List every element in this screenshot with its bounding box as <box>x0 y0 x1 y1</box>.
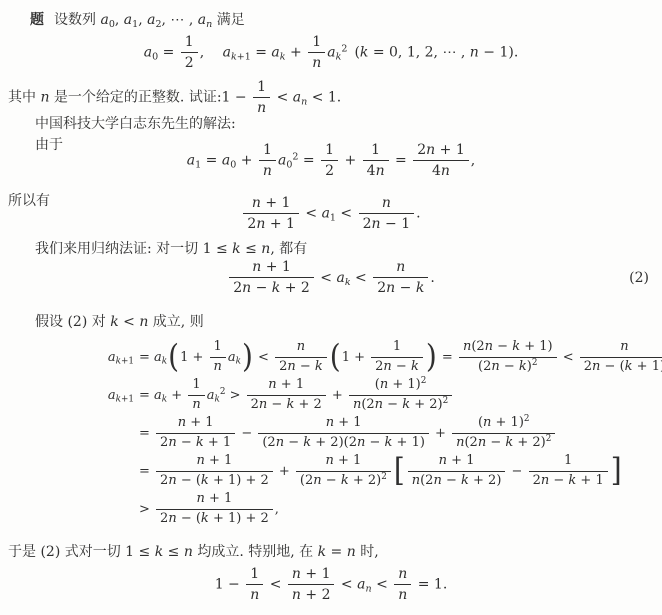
problem-statement: 设数列 a0, a1, a2, ⋯ , an 满足 <box>54 12 245 28</box>
equation-final: 1 − 1n < n + 1n + 2 < an < nn = 1. <box>0 566 662 603</box>
derivation-lhs: ak+1 <box>96 350 134 365</box>
line-solver: 中国科技大学白志东先生的解法: <box>35 113 236 133</box>
derivation-row: ak+1 = ak + 1nak2 > n + 12n − k + 2 + (n… <box>96 377 662 413</box>
math-document-page: 题设数列 a0, a1, a2, ⋯ , an 满足 a0 = 12, ak+1… <box>0 0 662 615</box>
derivation-row: = n + 12n − (k + 1) + 2 + n + 1(2n − k +… <box>96 453 662 489</box>
derivation-rhs: = ak(1 + 1nak) < n2n − k(1 + 12n − k) = … <box>139 340 662 375</box>
equation-definition: a0 = 12, ak+1 = ak + 1nak2 (k = 0, 1, 2,… <box>0 34 662 71</box>
line-assume: 假设 (2) 对 k < n 成立, 则 <box>35 311 204 331</box>
derivation-lhs: ak+1 <box>96 388 134 403</box>
derivation-rhs: = ak + 1nak2 > n + 12n − k + 2 + (n + 1)… <box>139 378 454 413</box>
derivation-rhs: = n + 12n − k + 1 − n + 1(2n − k + 2)(2n… <box>139 416 557 451</box>
derivation-row: ak+1 = ak(1 + 1nak) < n2n − k(1 + 12n − … <box>96 339 662 375</box>
line-conclude: 于是 (2) 式对一切 1 ≤ k ≤ n 均成立. 特别地, 在 k = n … <box>8 541 379 561</box>
equation-induction-wrap: n + 12n − k + 2 < ak < n2n − k. (2) <box>0 259 662 296</box>
equation-a1: a1 = a0 + 1na02 = 12 + 14n = 2n + 14n, <box>0 142 662 179</box>
line-induction: 我们来用归纳法证: 对一切 1 ≤ k ≤ n, 都有 <box>35 238 307 258</box>
induction-derivation: ak+1 = ak(1 + 1nak) < n2n − k(1 + 12n − … <box>96 339 662 529</box>
equation-induction: n + 12n − k + 2 < ak < n2n − k. <box>227 270 435 286</box>
line-given: 其中 n 是一个给定的正整数. 试证:1 − 1n < an < 1. <box>8 79 341 116</box>
equation-tag: (2) <box>629 270 649 286</box>
derivation-row: = n + 12n − k + 1 − n + 1(2n − k + 2)(2n… <box>96 415 662 451</box>
derivation-rhs: > n + 12n − (k + 1) + 2, <box>139 492 279 527</box>
problem-statement-line: 题设数列 a0, a1, a2, ⋯ , an 满足 <box>30 9 245 29</box>
derivation-row: > n + 12n − (k + 1) + 2, <box>96 491 662 527</box>
equation-a1-bounds: n + 12n + 1 < a1 < n2n − 1. <box>0 195 662 232</box>
derivation-rhs: = n + 12n − (k + 1) + 2 + n + 1(2n − k +… <box>139 454 623 489</box>
problem-label: 题 <box>30 12 44 28</box>
